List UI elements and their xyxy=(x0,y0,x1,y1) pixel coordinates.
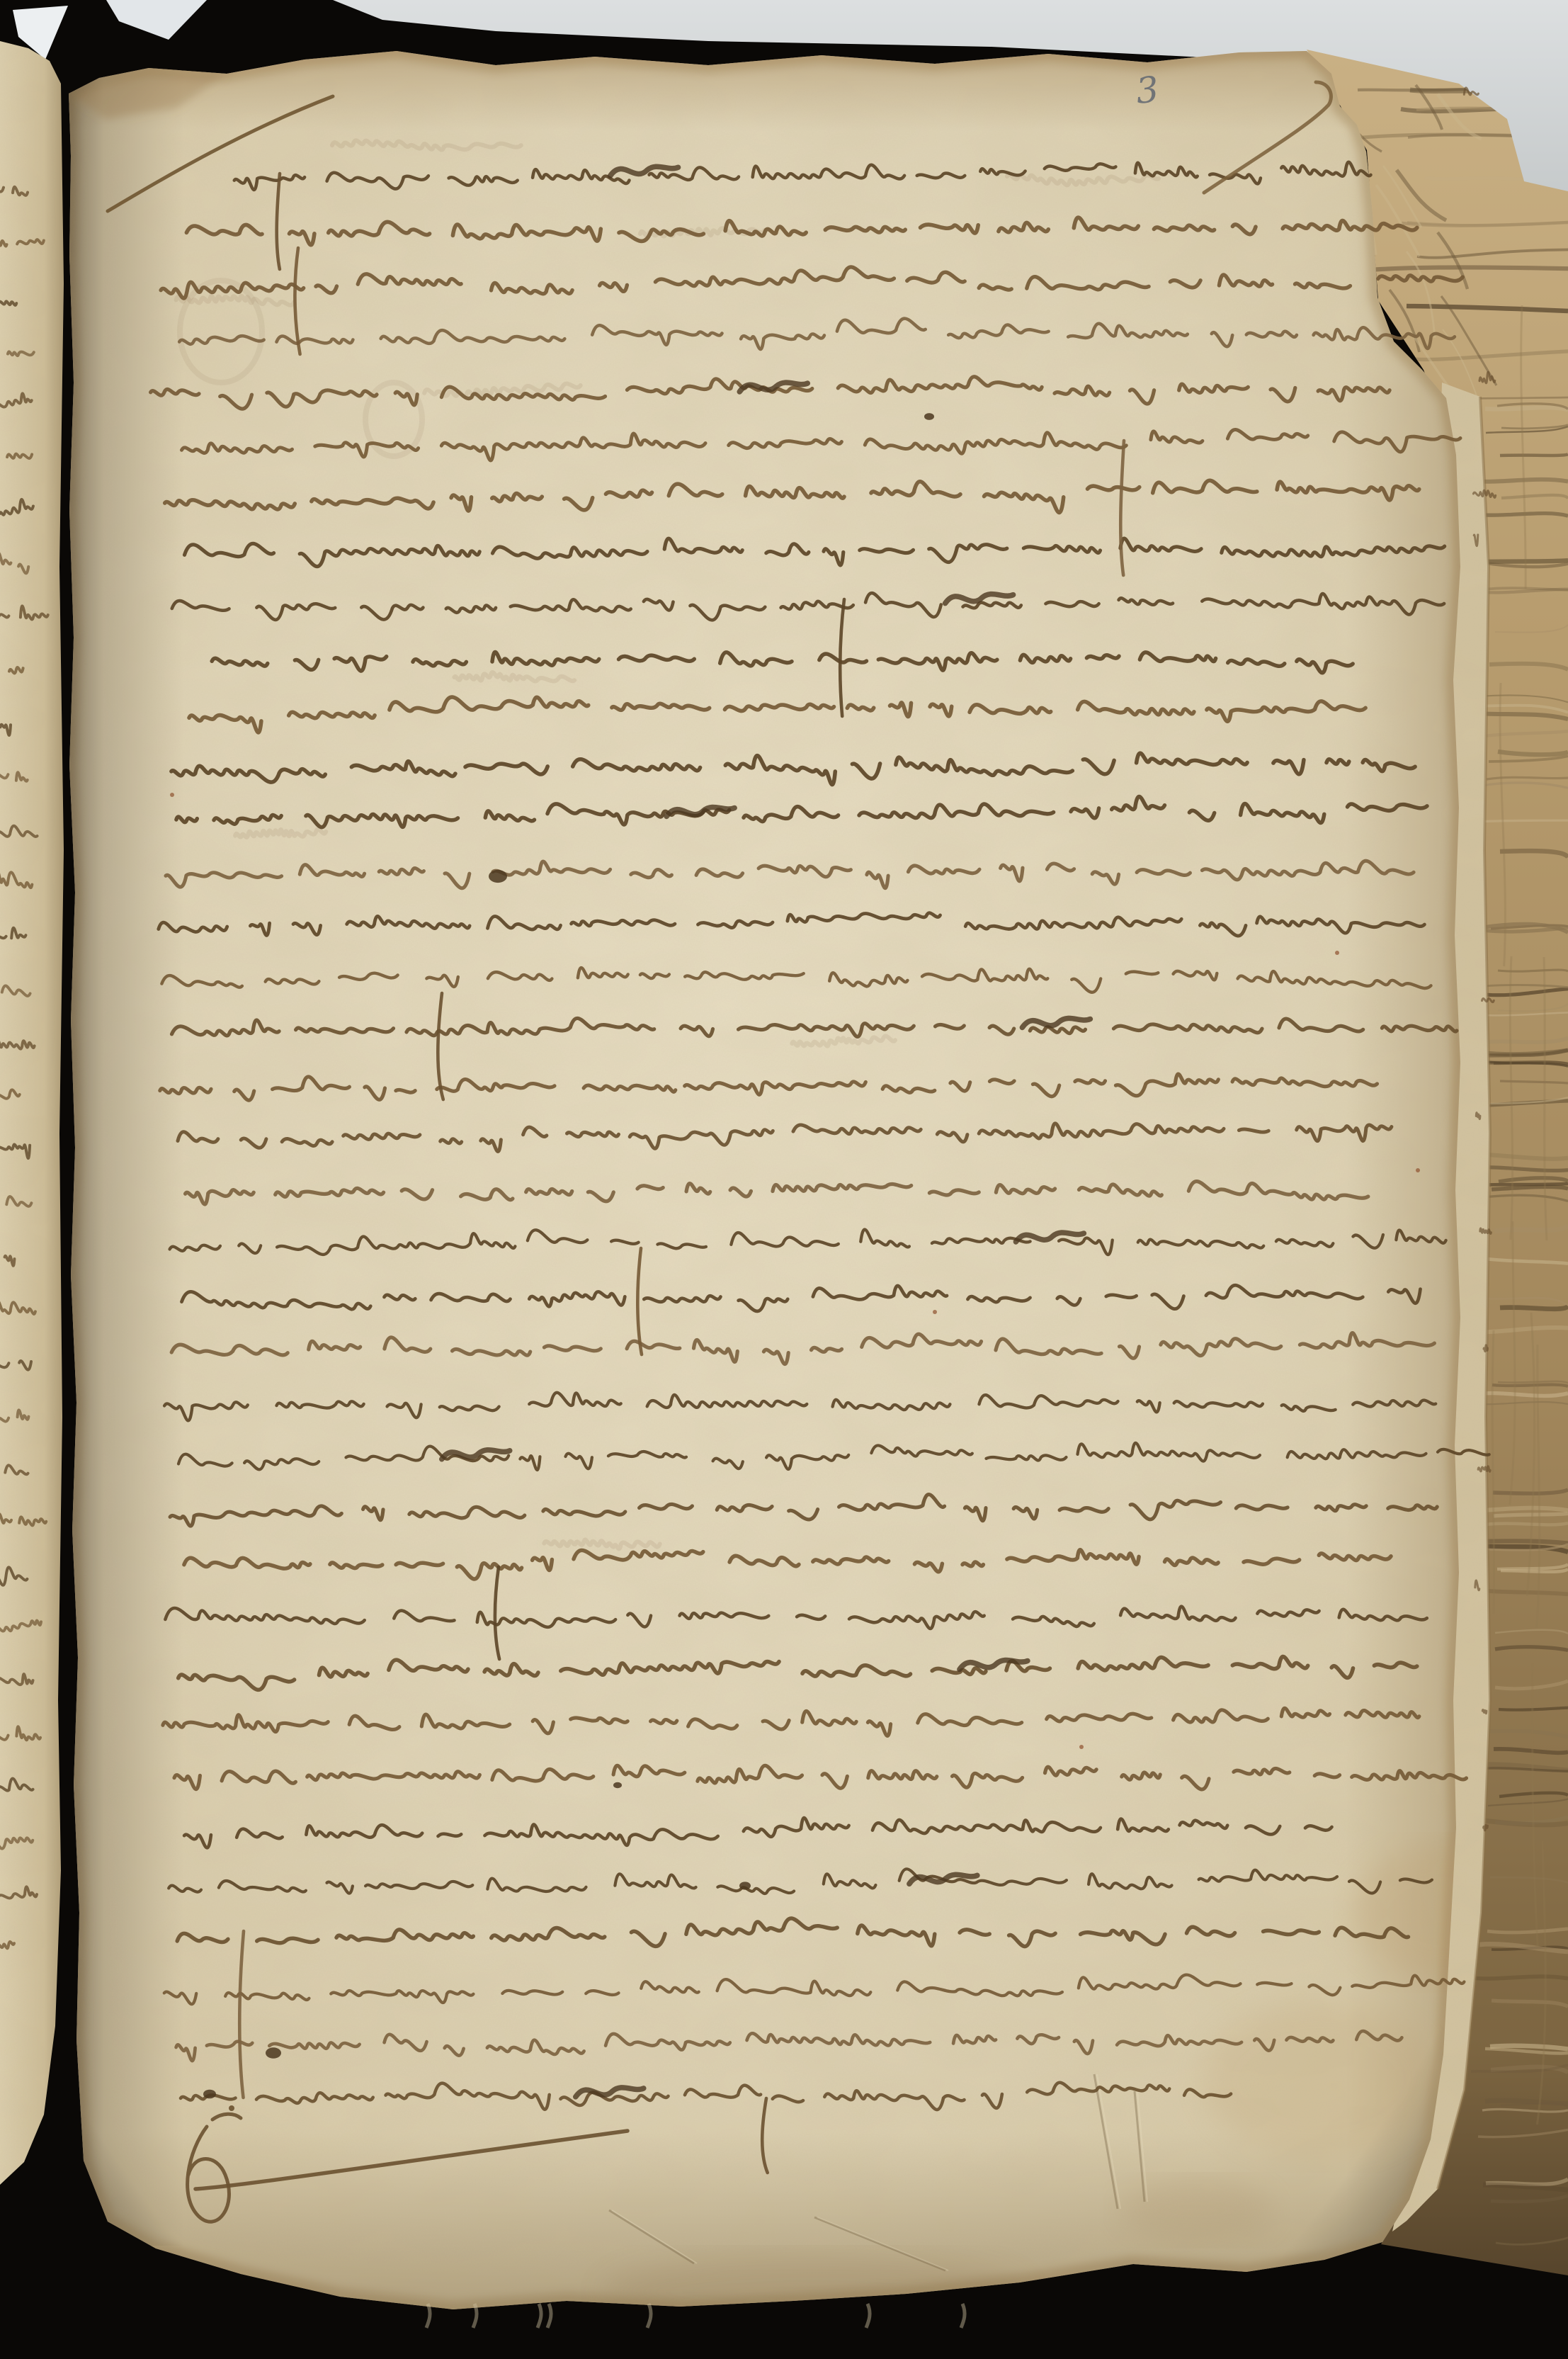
manuscript-photo: 3 xyxy=(0,0,1568,2359)
fore-edge-streak xyxy=(1492,1385,1568,1386)
fore-edge-streak xyxy=(1484,514,1568,516)
ink-blot xyxy=(739,1882,751,1889)
fore-edge-streak xyxy=(1500,454,1568,456)
page-number: 3 xyxy=(1134,69,1161,112)
fore-edge-streak xyxy=(1485,407,1568,409)
ink-blot xyxy=(613,1782,622,1788)
fore-edge-streak xyxy=(1494,1514,1568,1517)
fore-edge-streak xyxy=(1473,480,1568,482)
ink-blot xyxy=(266,2047,281,2058)
paper-grain-texture xyxy=(0,0,1568,2359)
ink-blot xyxy=(489,870,507,883)
fore-edge-streak xyxy=(1500,1306,1568,1309)
fore-edge-streak xyxy=(1486,1523,1568,1524)
fore-edge-streak xyxy=(1492,1187,1568,1189)
ink-blot xyxy=(203,2090,216,2099)
ink-blot xyxy=(924,413,934,420)
manuscript-svg: 3 xyxy=(0,0,1568,2359)
fore-edge-streak xyxy=(1477,1184,1568,1185)
rubric-dot xyxy=(229,2105,234,2111)
fore-edge-streak xyxy=(1472,1976,1568,1979)
